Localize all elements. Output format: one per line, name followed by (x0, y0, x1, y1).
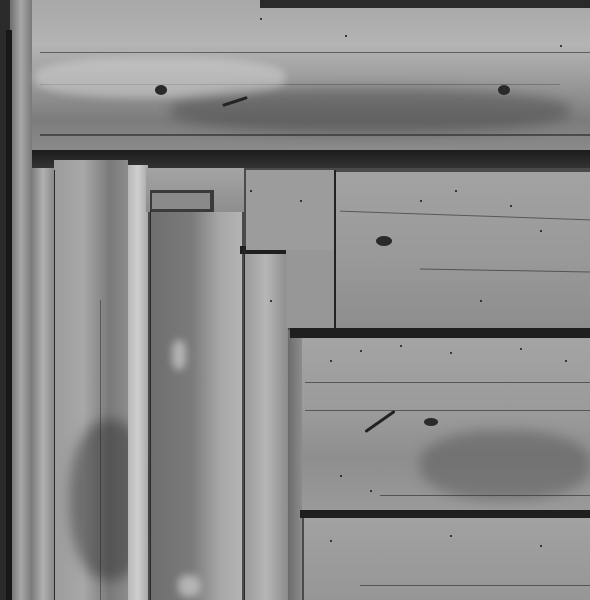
hinge-strap (6, 30, 12, 600)
notch-cap-inner (152, 193, 210, 209)
wormhole (480, 300, 482, 302)
wormhole (560, 45, 562, 47)
board-knot (424, 418, 438, 426)
beam-knot (498, 85, 510, 95)
wormhole (360, 350, 362, 352)
beam-knot (155, 85, 167, 95)
board-dark-stain (420, 430, 590, 500)
wormhole (510, 205, 512, 207)
horizontal-board-upper (336, 172, 590, 328)
horizontal-seam-2 (300, 510, 590, 518)
wormhole (330, 540, 332, 542)
wormhole (520, 348, 522, 350)
wormhole (455, 190, 457, 192)
wormhole (450, 535, 452, 537)
board-worn-patch (178, 575, 200, 597)
board-crack (305, 382, 590, 383)
vertical-board-1 (32, 168, 54, 600)
board-knot (376, 236, 392, 246)
vertical-board-4 (244, 250, 288, 600)
wormhole (260, 18, 262, 20)
board-crack (150, 210, 151, 600)
vertical-board-5 (288, 330, 302, 600)
wormhole (420, 200, 422, 202)
beam-grain (40, 134, 590, 136)
wormhole (340, 475, 342, 477)
wood-planks-photo: Black-and-white photograph of weathered … (0, 0, 590, 600)
wormhole (400, 345, 402, 347)
left-frame-post (10, 0, 32, 600)
horizontal-board-bottom (304, 518, 590, 600)
horizontal-seam-1 (290, 328, 590, 338)
vertical-board-3 (150, 210, 242, 600)
vertical-batten (128, 165, 148, 600)
board-crack (360, 585, 590, 586)
wormhole (540, 230, 542, 232)
wormhole (450, 352, 452, 354)
board-crack (305, 410, 590, 411)
wormhole (345, 35, 347, 37)
board-crack (100, 300, 101, 600)
wormhole (370, 490, 372, 492)
horizontal-board-notch (246, 170, 334, 250)
wormhole (565, 360, 567, 362)
board-crack (244, 250, 245, 600)
board-worn-patch (172, 340, 186, 370)
beam-crack (40, 52, 590, 53)
wormhole (250, 190, 252, 192)
horizontal-board-notch-lower (286, 250, 334, 328)
wormhole (300, 200, 302, 202)
wormhole (540, 545, 542, 547)
wormhole (270, 300, 272, 302)
beam-top-seam (260, 0, 590, 8)
wormhole (330, 360, 332, 362)
board-crack (54, 170, 55, 600)
beam-dark-stain (170, 88, 570, 133)
